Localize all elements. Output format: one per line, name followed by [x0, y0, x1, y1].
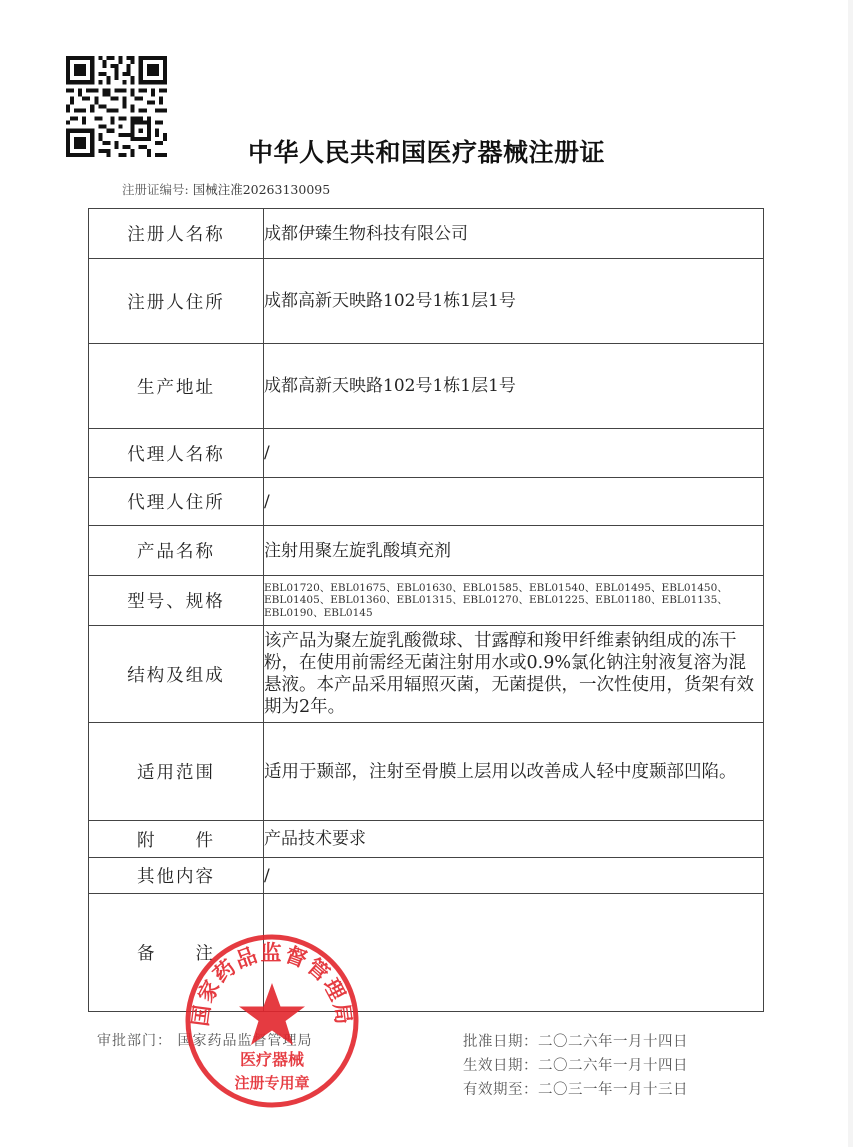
expiry-date-label: 有效期至： — [463, 1082, 538, 1098]
row-label: 代理人住所 — [89, 478, 264, 526]
row-value: 产品技术要求 — [264, 821, 764, 858]
table-row-agent-name: 代理人名称 / — [89, 429, 764, 478]
table-row-registrant-address: 注册人住所 成都高新天映路102号1栋1层1号 — [89, 259, 764, 344]
approval-department-label: 审批部门： — [97, 1033, 172, 1049]
row-label: 附 件 — [89, 821, 264, 858]
star-icon — [239, 983, 305, 1045]
date-block: 批准日期：二〇二六年一月十四日 生效日期：二〇二六年一月十四日 有效期至：二〇三… — [463, 1030, 688, 1102]
table-row-structure-composition: 结构及组成 该产品为聚左旋乳酸微球、甘露醇和羧甲纤维素钠组成的冻干粉，在使用前需… — [89, 626, 764, 723]
seal-inner-line2: 注册专用章 — [234, 1074, 309, 1092]
row-label: 注册人名称 — [89, 209, 264, 259]
row-label: 生产地址 — [89, 344, 264, 429]
row-value: 注射用聚左旋乳酸填充剂 — [264, 526, 764, 576]
row-value: / — [264, 858, 764, 894]
row-value: 该产品为聚左旋乳酸微球、甘露醇和羧甲纤维素钠组成的冻干粉，在使用前需经无菌注射用… — [264, 626, 764, 723]
table-row-registrant-name: 注册人名称 成都伊臻生物科技有限公司 — [89, 209, 764, 259]
effective-date-label: 生效日期： — [463, 1058, 538, 1074]
table-row-product-name: 产品名称 注射用聚左旋乳酸填充剂 — [89, 526, 764, 576]
row-label: 结构及组成 — [89, 626, 264, 723]
row-value: EBL01720、EBL01675、EBL01630、EBL01585、EBL0… — [264, 576, 764, 626]
table-row-model-spec: 型号、规格 EBL01720、EBL01675、EBL01630、EBL0158… — [89, 576, 764, 626]
row-value: 适用于颞部，注射至骨膜上层用以改善成人轻中度颞部凹陷。 — [264, 723, 764, 821]
registration-number-label: 注册证编号: — [122, 182, 189, 197]
row-value: / — [264, 429, 764, 478]
row-label: 其他内容 — [89, 858, 264, 894]
table-row-other: 其他内容 / — [89, 858, 764, 894]
expiry-date-value: 二〇三一年一月十三日 — [538, 1082, 688, 1098]
table-row-scope: 适用范围 适用于颞部，注射至骨膜上层用以改善成人轻中度颞部凹陷。 — [89, 723, 764, 821]
row-label: 产品名称 — [89, 526, 264, 576]
official-seal-icon: 国家药品监督管理局 医疗器械 注册专用章 — [184, 933, 360, 1109]
table-row-attachment: 附 件 产品技术要求 — [89, 821, 764, 858]
row-value: 成都高新天映路102号1栋1层1号 — [264, 344, 764, 429]
row-label: 注册人住所 — [89, 259, 264, 344]
row-label: 型号、规格 — [89, 576, 264, 626]
registration-number-value: 国械注准20263130095 — [193, 182, 330, 197]
page-edge — [848, 0, 853, 1147]
row-value: 成都高新天映路102号1栋1层1号 — [264, 259, 764, 344]
document-title: 中华人民共和国医疗器械注册证 — [0, 133, 853, 169]
table-row-agent-address: 代理人住所 / — [89, 478, 764, 526]
row-value: 成都伊臻生物科技有限公司 — [264, 209, 764, 259]
approval-date: 批准日期：二〇二六年一月十四日 — [463, 1030, 688, 1054]
row-value: / — [264, 478, 764, 526]
row-label: 适用范围 — [89, 723, 264, 821]
approval-date-value: 二〇二六年一月十四日 — [538, 1034, 688, 1050]
seal-inner-line1: 医疗器械 — [240, 1050, 305, 1069]
expiry-date: 有效期至：二〇三一年一月十三日 — [463, 1078, 688, 1102]
row-label: 代理人名称 — [89, 429, 264, 478]
registration-number: 注册证编号: 国械注准20263130095 — [122, 180, 330, 198]
table-row-production-address: 生产地址 成都高新天映路102号1栋1层1号 — [89, 344, 764, 429]
effective-date: 生效日期：二〇二六年一月十四日 — [463, 1054, 688, 1078]
approval-date-label: 批准日期： — [463, 1034, 538, 1050]
effective-date-value: 二〇二六年一月十四日 — [538, 1058, 688, 1074]
certificate-table: 注册人名称 成都伊臻生物科技有限公司 注册人住所 成都高新天映路102号1栋1层… — [88, 208, 764, 1012]
